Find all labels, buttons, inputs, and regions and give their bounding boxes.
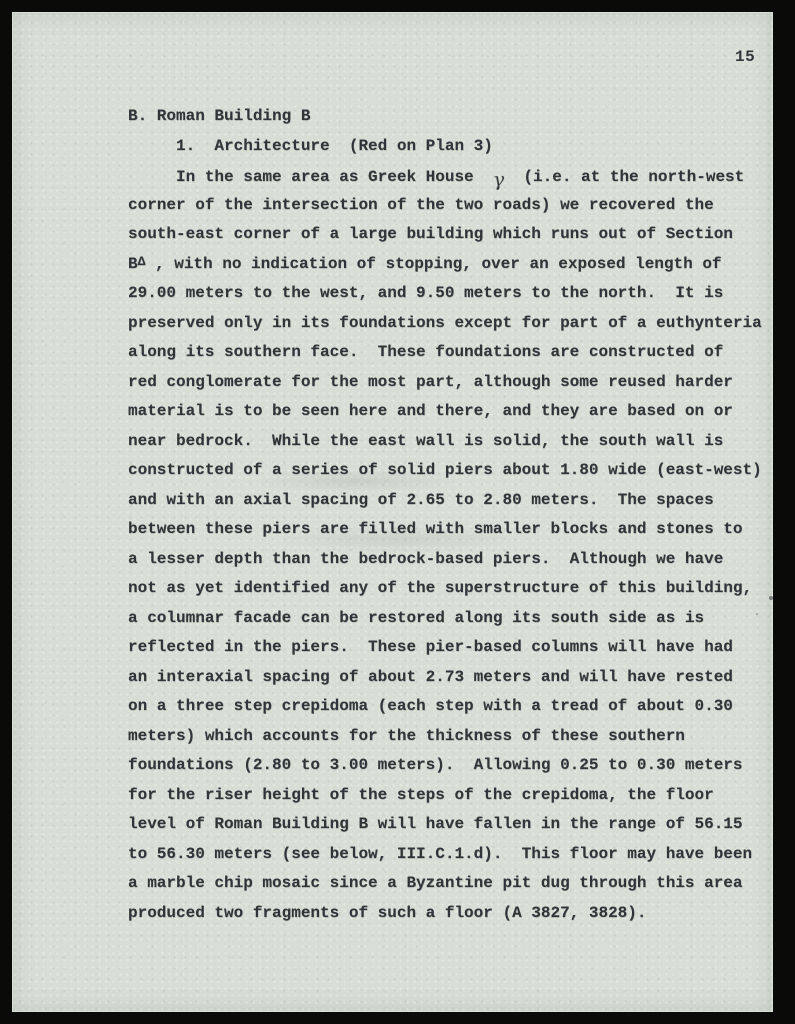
- typewritten-segment: material is to be seen here and there, a…: [128, 402, 733, 420]
- typewritten-segment: an interaxial spacing of about 2.73 mete…: [128, 668, 733, 686]
- typewritten-segment: produced two fragments of such a floor (…: [128, 904, 646, 922]
- text-line: between these piers are filled with smal…: [128, 515, 768, 545]
- text-line: a columnar facade can be restored along …: [128, 604, 768, 634]
- text-line: corner of the intersection of the two ro…: [128, 191, 768, 221]
- text-line: B. Roman Building B: [128, 102, 768, 132]
- text-line: 29.00 meters to the west, and 9.50 meter…: [128, 279, 768, 309]
- typewritten-segment: not as yet identified any of the superst…: [128, 579, 752, 597]
- typewritten-segment: foundations (2.80 to 3.00 meters). Allow…: [128, 756, 743, 774]
- typewritten-segment: on a three step crepidoma (each step wit…: [128, 697, 733, 715]
- text-line: on a three step crepidoma (each step wit…: [128, 692, 768, 722]
- text-line: foundations (2.80 to 3.00 meters). Allow…: [128, 751, 768, 781]
- typewritten-segment: south-east corner of a large building wh…: [128, 225, 733, 243]
- typewritten-segment: along its southern face. These foundatio…: [128, 343, 723, 361]
- typewritten-segment: constructed of a series of solid piers a…: [128, 461, 762, 479]
- text-line: south-east corner of a large building wh…: [128, 220, 768, 250]
- text-line: preserved only in its foundations except…: [128, 309, 768, 339]
- text-line: produced two fragments of such a floor (…: [128, 899, 768, 929]
- text-line: a lesser depth than the bedrock-based pi…: [128, 545, 768, 575]
- text-line: near bedrock. While the east wall is sol…: [128, 427, 768, 457]
- page-number: 15: [735, 48, 755, 66]
- typewritten-segment: for the riser height of the steps of the…: [128, 786, 714, 804]
- text-line: red conglomerate for the most part, alth…: [128, 368, 768, 398]
- typewritten-segment: to 56.30 meters (see below, III.C.1.d). …: [128, 845, 752, 863]
- text-line: constructed of a series of solid piers a…: [128, 456, 768, 486]
- typewritten-segment: near bedrock. While the east wall is sol…: [128, 432, 723, 450]
- text-line: a marble chip mosaic since a Byzantine p…: [128, 869, 768, 899]
- typewritten-page: 15 B. Roman Building B 1. Architecture (…: [12, 12, 773, 1012]
- typewritten-segment: preserved only in its foundations except…: [128, 314, 762, 332]
- typewritten-segment: a marble chip mosaic since a Byzantine p…: [128, 874, 743, 892]
- handwritten-gamma-annotation: γ: [492, 166, 505, 196]
- text-line: meters) which accounts for the thickness…: [128, 722, 768, 752]
- typewritten-segment: between these piers are filled with smal…: [128, 520, 743, 538]
- ink-speck: [769, 596, 773, 600]
- text-line: reflected in the piers. These pier-based…: [128, 633, 768, 663]
- text-line: 1. Architecture (Red on Plan 3): [128, 132, 768, 162]
- text-line: along its southern face. These foundatio…: [128, 338, 768, 368]
- typewritten-segment: In the same area as Greek House: [128, 168, 493, 186]
- text-line: BΔ , with no indication of stopping, ove…: [128, 250, 768, 280]
- typewritten-segment: red conglomerate for the most part, alth…: [128, 373, 733, 391]
- text-line: an interaxial spacing of about 2.73 mete…: [128, 663, 768, 693]
- typewritten-lines: B. Roman Building B 1. Architecture (Red…: [128, 102, 768, 928]
- typewritten-segment: corner of the intersection of the two ro…: [128, 196, 714, 214]
- text-line: not as yet identified any of the superst…: [128, 574, 768, 604]
- text-line: In the same area as Greek House γ (i.e. …: [128, 161, 768, 191]
- typewritten-segment: (i.e. at the north-west: [504, 168, 744, 186]
- scanned-page-frame: 15 B. Roman Building B 1. Architecture (…: [0, 0, 795, 1024]
- typewritten-segment: level of Roman Building B will have fall…: [128, 815, 743, 833]
- typewritten-segment: 1. Architecture (Red on Plan 3): [128, 137, 493, 155]
- typewritten-segment: a columnar facade can be restored along …: [128, 609, 704, 627]
- typewritten-segment: reflected in the piers. These pier-based…: [128, 638, 733, 656]
- typewritten-segment: and with an axial spacing of 2.65 to 2.8…: [128, 491, 714, 509]
- typewritten-segment: a lesser depth than the bedrock-based pi…: [128, 550, 723, 568]
- text-line: to 56.30 meters (see below, III.C.1.d). …: [128, 840, 768, 870]
- text-line: and with an axial spacing of 2.65 to 2.8…: [128, 486, 768, 516]
- text-line: level of Roman Building B will have fall…: [128, 810, 768, 840]
- typewritten-segment: 29.00 meters to the west, and 9.50 meter…: [128, 284, 723, 302]
- text-line: for the riser height of the steps of the…: [128, 781, 768, 811]
- text-line: material is to be seen here and there, a…: [128, 397, 768, 427]
- typewritten-segment: , with no indication of stopping, over a…: [145, 255, 721, 273]
- typed-delta-symbol: Δ: [138, 247, 146, 277]
- typewritten-segment: B: [128, 255, 138, 273]
- typewritten-segment: meters) which accounts for the thickness…: [128, 727, 685, 745]
- typewritten-segment: B. Roman Building B: [128, 107, 310, 125]
